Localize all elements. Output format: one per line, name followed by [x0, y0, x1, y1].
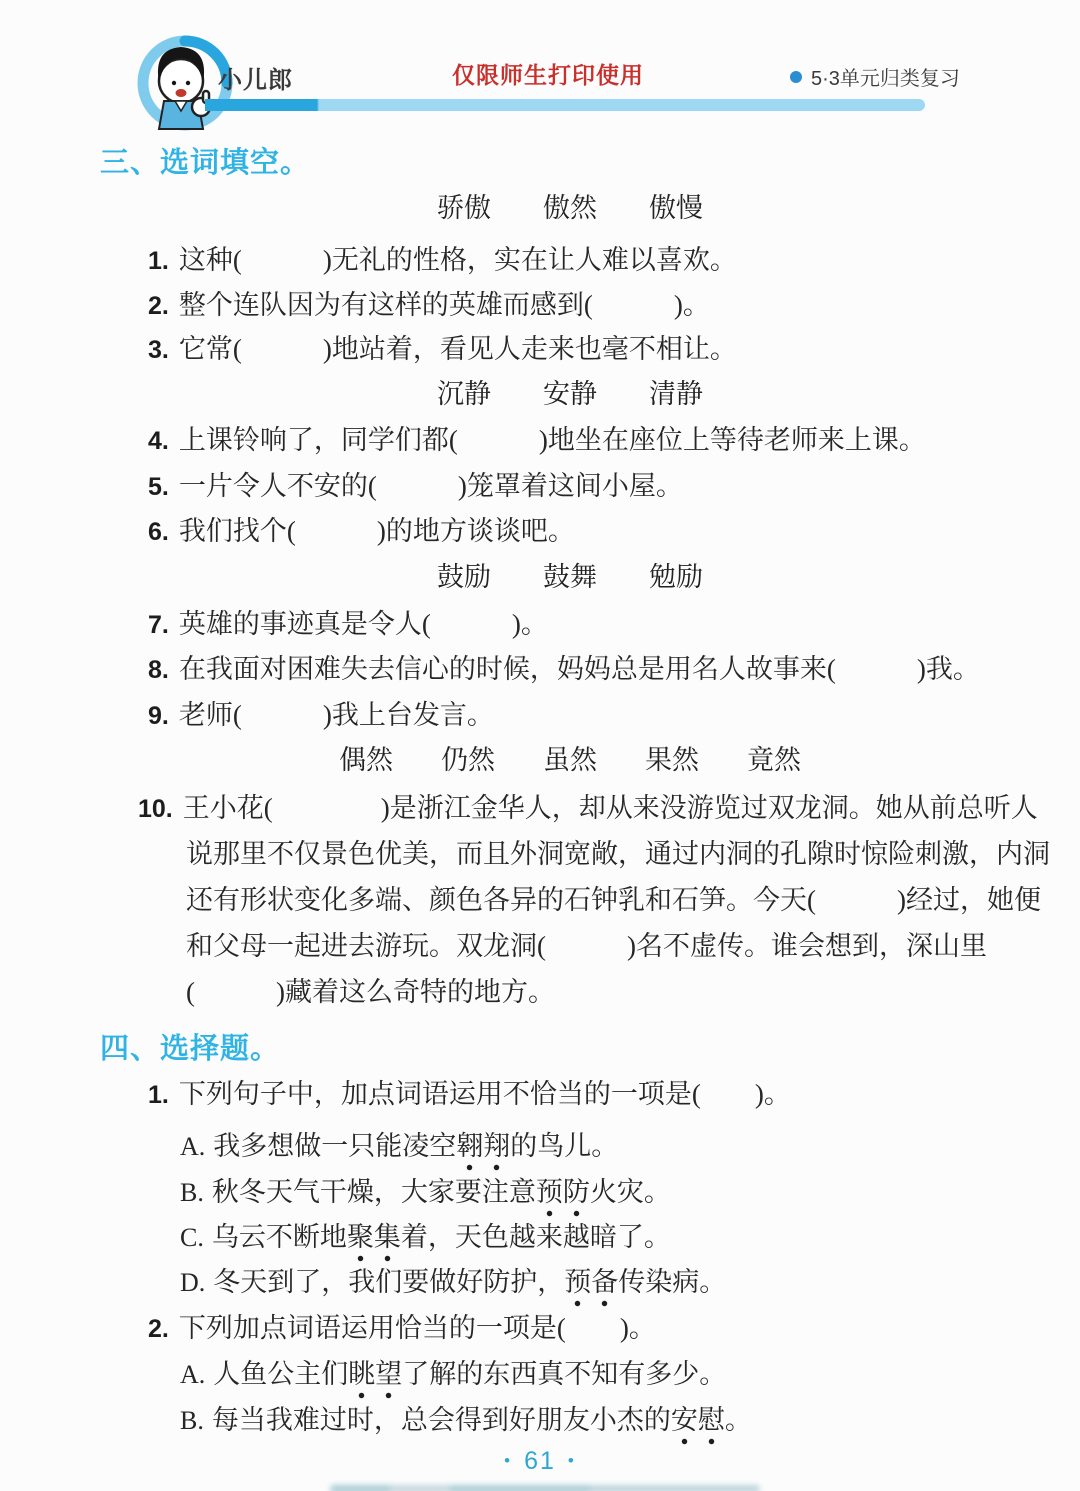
option-label: D. — [180, 1268, 205, 1297]
option-line: A.人鱼公主们眺望了解的东西真不知有多少。 — [180, 1352, 726, 1391]
question-number: 7. — [148, 611, 169, 639]
bank-word: 沉静 — [437, 379, 491, 409]
question-text: 整个连队因为有这样的英雄而感到( )。 — [179, 290, 710, 320]
footer-dot-icon: • — [504, 1451, 512, 1470]
question-continuation-line: 和父母一起进去游玩。双龙洞( )名不虚传。谁会想到，深山里 — [186, 924, 987, 963]
unit-label-text: 5·3单元归类复习 — [811, 62, 960, 91]
bank-word: 勉励 — [649, 562, 703, 592]
question-text: 在我面对困难失去信心的时候，妈妈总是用名人故事来( )我。 — [179, 654, 980, 684]
question-number: 9. — [148, 702, 169, 730]
question-line: 10.王小花( )是浙江金华人，却从来没游览过双龙洞。她从前总听人 — [138, 786, 1038, 825]
question-line: 2.整个连队因为有这样的英雄而感到( )。 — [148, 283, 710, 322]
question-text: 这种( )无礼的性格，实在让人难以喜欢。 — [179, 245, 737, 275]
option-text: 每当我难过时，总会得到好朋友小杰的 — [212, 1405, 671, 1435]
question-line: 1.这种( )无礼的性格，实在让人难以喜欢。 — [148, 238, 737, 277]
emphasized-word: 翱翔 — [456, 1131, 510, 1172]
emphasized-word: 聚集 — [347, 1222, 401, 1263]
question-text: 上课铃响了，同学们都( )地坐在座位上等待老师来上课。 — [179, 425, 926, 455]
print-notice: 仅限师生打印使用 — [452, 57, 644, 90]
bank-word: 骄傲 — [437, 193, 491, 223]
section3-title: 三、选词填空。 — [100, 140, 310, 181]
footer-dot-icon: • — [568, 1451, 576, 1470]
question-text: 下列句子中，加点词语运用不恰当的一项是( )。 — [179, 1079, 791, 1109]
option-label: C. — [180, 1223, 204, 1252]
question-line: 2.下列加点词语运用恰当的一项是( )。 — [148, 1306, 656, 1345]
question-number: 8. — [148, 656, 169, 684]
question-text: 我们找个( )的地方谈谈吧。 — [179, 516, 575, 546]
question-number: 1. — [148, 1081, 169, 1109]
question-continuation-line: 说那里不仅景色优美，而且外洞宽敞，通过内洞的孔隙时惊险刺激，内洞 — [186, 832, 1050, 871]
question-number: 6. — [148, 518, 169, 546]
question-line: 9.老师( )我上台发言。 — [148, 693, 494, 732]
bank-word: 虽然 — [543, 745, 597, 775]
question-number: 1. — [148, 247, 169, 275]
option-label: B. — [180, 1178, 204, 1207]
question-text: 王小花( )是浙江金华人，却从来没游览过双龙洞。她从前总听人 — [183, 793, 1038, 823]
option-text: 冬天到了，我们要做好防护， — [213, 1267, 564, 1297]
question-text: ( )藏着这么奇特的地方。 — [186, 977, 555, 1007]
option-text: 的鸟儿。 — [510, 1131, 618, 1161]
option-text: 人鱼公主们 — [213, 1359, 348, 1389]
option-text: 着，天色越来越暗了。 — [401, 1222, 671, 1252]
option-line: B.每当我难过时，总会得到好朋友小杰的安慰。 — [180, 1398, 752, 1437]
question-line: 3.它常( )地站着，看见人走来也毫不相让。 — [148, 327, 737, 366]
word-bank-3: 鼓励鼓舞勉励 — [130, 555, 1010, 594]
option-text: 秋冬天气干燥，大家要注意 — [212, 1177, 536, 1207]
emphasized-word: 预备 — [564, 1267, 618, 1308]
option-line: D.冬天到了，我们要做好防护，预备传染病。 — [180, 1260, 726, 1299]
emphasized-word: 眺望 — [348, 1359, 402, 1400]
emphasized-word: 预防 — [536, 1177, 590, 1218]
question-continuation-line: ( )藏着这么奇特的地方。 — [186, 970, 555, 1009]
question-line: 6.我们找个( )的地方谈谈吧。 — [148, 509, 575, 548]
question-text: 说那里不仅景色优美，而且外洞宽敞，通过内洞的孔隙时惊险刺激，内洞 — [186, 839, 1050, 869]
next-page-bleed-strip — [330, 1485, 760, 1491]
worksheet-page: 小儿郎 仅限师生打印使用 5·3单元归类复习 三、选词填空。 骄傲傲然傲慢 1.… — [0, 0, 1080, 1491]
question-number: 5. — [148, 473, 169, 501]
option-text: 火灾。 — [590, 1177, 671, 1207]
question-text: 和父母一起进去游玩。双龙洞( )名不虚传。谁会想到，深山里 — [186, 931, 987, 961]
option-text: 我多想做一只能凌空 — [213, 1131, 456, 1161]
option-text: 传染病。 — [618, 1267, 726, 1297]
page-footer: •61• — [0, 1447, 1080, 1476]
bank-word: 傲慢 — [649, 193, 703, 223]
section4-title: 四、选择题。 — [100, 1026, 280, 1067]
option-text: 了解的东西真不知有多少。 — [402, 1359, 726, 1389]
question-line: 4.上课铃响了，同学们都( )地坐在座位上等待老师来上课。 — [148, 418, 926, 457]
question-text: 它常( )地站着，看见人走来也毫不相让。 — [179, 334, 737, 364]
question-text: 英雄的事迹真是令人( )。 — [179, 609, 548, 639]
option-text: 乌云不断地 — [212, 1222, 347, 1252]
question-number: 10. — [138, 795, 173, 823]
blue-dot-icon — [790, 71, 802, 83]
question-text: 一片令人不安的( )笼罩着这间小屋。 — [179, 471, 683, 501]
page-number: 61 — [524, 1447, 556, 1475]
bank-word: 鼓励 — [437, 562, 491, 592]
unit-label: 5·3单元归类复习 — [790, 62, 960, 91]
option-line: A.我多想做一只能凌空翱翔的鸟儿。 — [180, 1124, 618, 1163]
word-bank-2: 沉静安静清静 — [130, 372, 1010, 411]
question-line: 8.在我面对困难失去信心的时候，妈妈总是用名人故事来( )我。 — [148, 647, 980, 686]
bank-word: 傲然 — [543, 193, 597, 223]
bank-word: 安静 — [543, 379, 597, 409]
option-line: C.乌云不断地聚集着，天色越来越暗了。 — [180, 1215, 671, 1254]
question-line: 1.下列句子中，加点词语运用不恰当的一项是( )。 — [148, 1072, 791, 1111]
option-text: 。 — [725, 1405, 752, 1435]
question-line: 5.一片令人不安的( )笼罩着这间小屋。 — [148, 464, 683, 503]
header-divider-bar — [205, 99, 925, 111]
bank-word: 鼓舞 — [543, 562, 597, 592]
brand-name: 小儿郎 — [218, 60, 293, 95]
question-number: 2. — [148, 292, 169, 320]
question-continuation-line: 还有形状变化多端、颜色各异的石钟乳和石笋。今天( )经过，她便 — [186, 878, 1041, 917]
question-line: 7.英雄的事迹真是令人( )。 — [148, 602, 548, 641]
question-number: 4. — [148, 427, 169, 455]
bank-word: 清静 — [649, 379, 703, 409]
bank-word: 竟然 — [747, 745, 801, 775]
option-line: B.秋冬天气干燥，大家要注意预防火灾。 — [180, 1170, 671, 1209]
question-number: 2. — [148, 1315, 169, 1343]
question-text: 老师( )我上台发言。 — [179, 700, 494, 730]
question-text: 下列加点词语运用恰当的一项是( )。 — [179, 1313, 656, 1343]
bank-word: 果然 — [645, 745, 699, 775]
word-bank-4: 偶然仍然虽然果然竟然 — [130, 738, 1010, 777]
bank-word: 仍然 — [441, 745, 495, 775]
option-label: A. — [180, 1132, 205, 1161]
question-text: 还有形状变化多端、颜色各异的石钟乳和石笋。今天( )经过，她便 — [186, 885, 1041, 915]
option-label: B. — [180, 1406, 204, 1435]
question-number: 3. — [148, 336, 169, 364]
emphasized-word: 安慰 — [671, 1405, 725, 1446]
option-label: A. — [180, 1360, 205, 1389]
bank-word: 偶然 — [339, 745, 393, 775]
word-bank-1: 骄傲傲然傲慢 — [130, 186, 1010, 225]
